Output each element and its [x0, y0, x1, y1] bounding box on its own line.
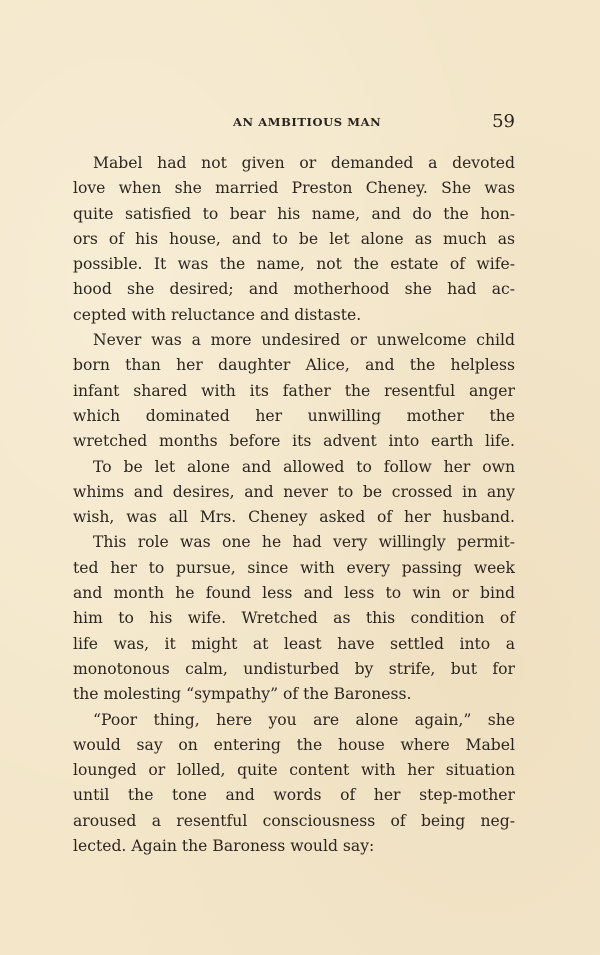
text-line: which dominated her unwilling mother the [73, 404, 515, 429]
text-line: infant shared with its father the resent… [73, 379, 515, 404]
text-line: possible. It was the name, not the estat… [73, 252, 515, 277]
text-line: monotonous calm, undisturbed by strife, … [73, 657, 515, 682]
text-line: cepted with reluctance and distaste. [73, 303, 515, 328]
book-page: AN AMBITIOUS MAN 59 Mabel had not given … [0, 0, 600, 955]
text-line: ors of his house, and to be let alone as… [73, 227, 515, 252]
text-line: life was, it might at least have settled… [73, 632, 515, 657]
running-title: AN AMBITIOUS MAN [233, 115, 381, 129]
text-line: lected. Again the Baroness would say: [73, 834, 515, 859]
text-line: born than her daughter Alice, and the he… [73, 353, 515, 378]
text-line: hood she desired; and motherhood she had… [73, 277, 515, 302]
text-line: Never was a more undesired or unwelcome … [73, 328, 515, 353]
text-line: This role was one he had very willingly … [73, 530, 515, 555]
text-line: wretched months before its advent into e… [73, 429, 515, 454]
text-line: ted her to pursue, since with every pass… [73, 556, 515, 581]
text-line: wish, was all Mrs. Cheney asked of her h… [73, 505, 515, 530]
page-number: 59 [492, 111, 515, 132]
text-line: aroused a resentful consciousness of bei… [73, 809, 515, 834]
text-line: until the tone and words of her step-mot… [73, 783, 515, 808]
text-line: To be let alone and allowed to follow he… [73, 455, 515, 480]
text-line: would say on entering the house where Ma… [73, 733, 515, 758]
body-text: Mabel had not given or demanded a devote… [73, 151, 515, 859]
text-line: the molesting “sympathy” of the Baroness… [73, 682, 515, 707]
text-line: whims and desires, and never to be cross… [73, 480, 515, 505]
text-line: love when she married Preston Cheney. Sh… [73, 176, 515, 201]
text-line: quite satisfied to bear his name, and do… [73, 202, 515, 227]
text-line: Mabel had not given or demanded a devote… [73, 151, 515, 176]
text-line: “Poor thing, here you are alone again,” … [73, 708, 515, 733]
running-head: AN AMBITIOUS MAN 59 [73, 111, 515, 135]
text-line: him to his wife. Wretched as this condit… [73, 606, 515, 631]
text-line: lounged or lolled, quite content with he… [73, 758, 515, 783]
text-line: and month he found less and less to win … [73, 581, 515, 606]
